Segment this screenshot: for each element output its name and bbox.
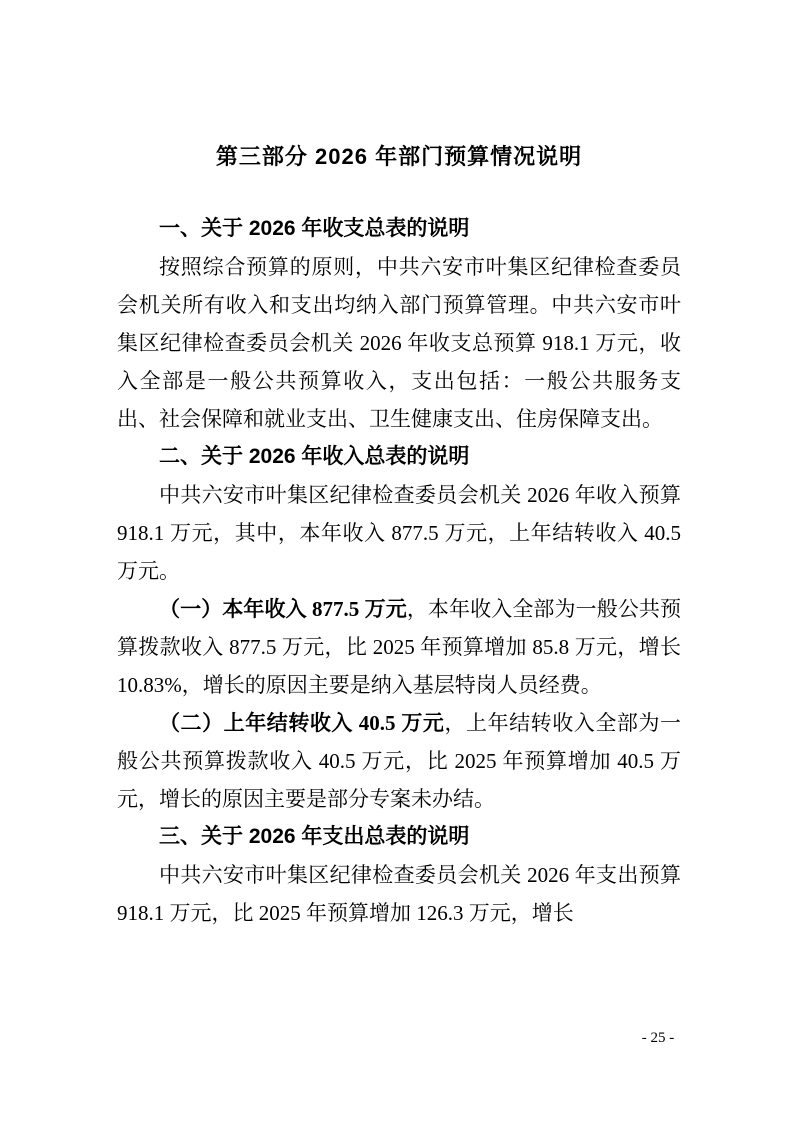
paragraph-text: 中共六安市叶集区纪律检查委员会机关 2026 年支出预算 918.1 万元，比 … (117, 863, 681, 925)
document-content: 第三部分 2026 年部门预算情况说明 一、关于 2026 年收支总表的说明 按… (117, 135, 681, 932)
paragraph: （二）上年结转收入 40.5 万元，上年结转收入全部为一般公共预算拨款收入 40… (117, 704, 681, 818)
document-page: 第三部分 2026 年部门预算情况说明 一、关于 2026 年收支总表的说明 按… (0, 0, 793, 1122)
paragraph-text: 中共六安市叶集区纪律检查委员会机关 2026 年收入预算 918.1 万元，其中… (117, 483, 681, 583)
paragraph-lead: （一）本年收入 877.5 万元 (159, 597, 407, 621)
section-budget-summary: 一、关于 2026 年收支总表的说明 按照综合预算的原则，中共六安市叶集区纪律检… (117, 210, 681, 438)
paragraph: （一）本年收入 877.5 万元，本年收入全部为一般公共预算拨款收入 877.5… (117, 590, 681, 704)
section-heading-1: 一、关于 2026 年收支总表的说明 (117, 210, 681, 248)
section-expenditure-summary: 三、关于 2026 年支出总表的说明 中共六安市叶集区纪律检查委员会机关 202… (117, 818, 681, 932)
paragraph-lead: （二）上年结转收入 40.5 万元 (159, 711, 444, 735)
section-heading-2: 二、关于 2026 年收入总表的说明 (117, 438, 681, 476)
page-number: - 25 - (617, 1028, 699, 1048)
section-income-summary: 二、关于 2026 年收入总表的说明 中共六安市叶集区纪律检查委员会机关 202… (117, 438, 681, 818)
paragraph: 中共六安市叶集区纪律检查委员会机关 2026 年收入预算 918.1 万元，其中… (117, 476, 681, 590)
paragraph: 中共六安市叶集区纪律检查委员会机关 2026 年支出预算 918.1 万元，比 … (117, 856, 681, 932)
section-heading-3: 三、关于 2026 年支出总表的说明 (117, 818, 681, 856)
document-title: 第三部分 2026 年部门预算情况说明 (117, 135, 681, 179)
paragraph-text: 按照综合预算的原则，中共六安市叶集区纪律检查委员会机关所有收入和支出均纳入部门预… (117, 255, 681, 431)
paragraph: 按照综合预算的原则，中共六安市叶集区纪律检查委员会机关所有收入和支出均纳入部门预… (117, 248, 681, 438)
